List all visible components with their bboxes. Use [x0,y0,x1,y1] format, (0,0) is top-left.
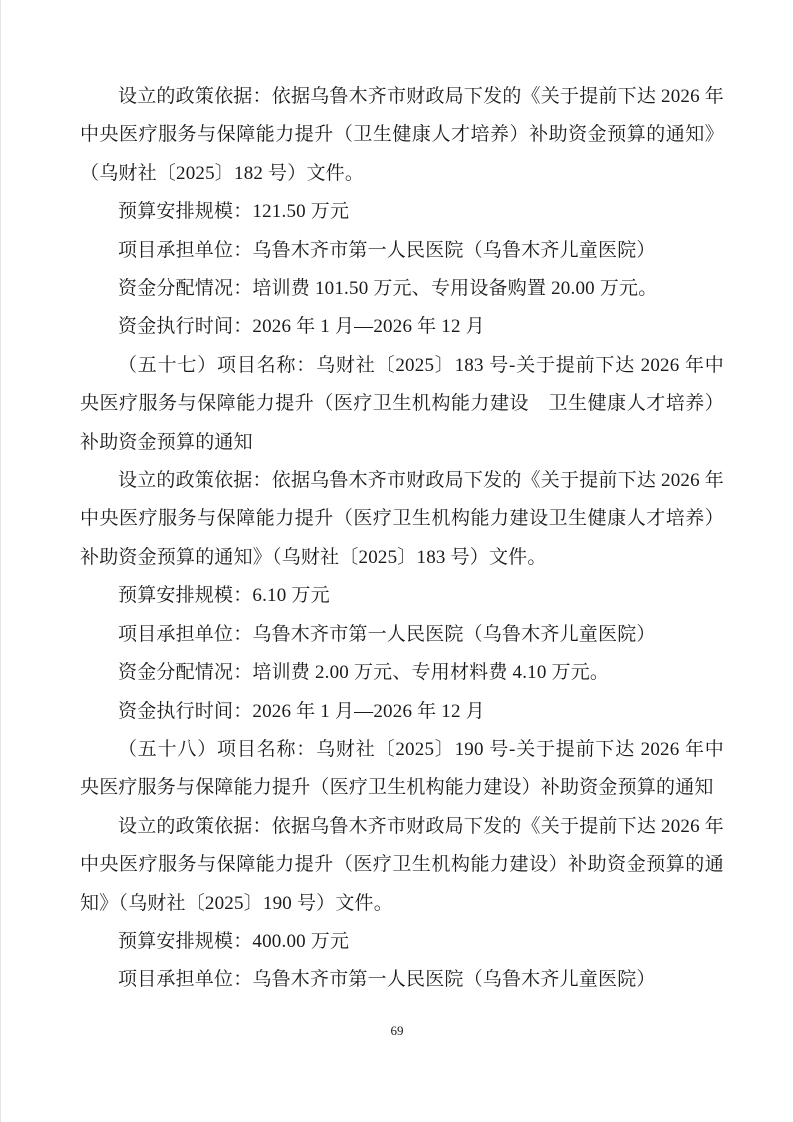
document-page: 设立的政策依据：依据乌鲁木齐市财政局下发的《关于提前下达 2026 年中央医疗服… [0,0,793,1122]
para-budget-scale-183: 预算安排规模：6.10 万元 [80,577,724,615]
para-policy-basis-182: 设立的政策依据：依据乌鲁木齐市财政局下发的《关于提前下达 2026 年中央医疗服… [80,78,724,193]
para-fund-allocation-183: 资金分配情况：培训费 2.00 万元、专用材料费 4.10 万元。 [80,654,724,692]
para-undertaker-182: 项目承担单位：乌鲁木齐市第一人民医院（乌鲁木齐儿童医院） [80,232,724,270]
page-number: 69 [1,1022,793,1040]
para-execution-period-182: 资金执行时间：2026 年 1 月—2026 年 12 月 [80,308,724,346]
para-project-title-57: （五十七）项目名称：乌财社〔2025〕183 号-关于提前下达 2026 年中央… [80,347,724,462]
para-undertaker-183: 项目承担单位：乌鲁木齐市第一人民医院（乌鲁木齐儿童医院） [80,616,724,654]
para-execution-period-183: 资金执行时间：2026 年 1 月—2026 年 12 月 [80,693,724,731]
para-undertaker-190: 项目承担单位：乌鲁木齐市第一人民医院（乌鲁木齐儿童医院） [80,961,724,999]
para-budget-scale-190: 预算安排规模：400.00 万元 [80,923,724,961]
para-policy-basis-183: 设立的政策依据：依据乌鲁木齐市财政局下发的《关于提前下达 2026 年中央医疗服… [80,462,724,577]
para-fund-allocation-182: 资金分配情况：培训费 101.50 万元、专用设备购置 20.00 万元。 [80,270,724,308]
para-policy-basis-190: 设立的政策依据：依据乌鲁木齐市财政局下发的《关于提前下达 2026 年中央医疗服… [80,808,724,923]
para-project-title-58: （五十八）项目名称：乌财社〔2025〕190 号-关于提前下达 2026 年中央… [80,731,724,808]
para-budget-scale-182: 预算安排规模：121.50 万元 [80,193,724,231]
document-body: 设立的政策依据：依据乌鲁木齐市财政局下发的《关于提前下达 2026 年中央医疗服… [80,78,724,1000]
